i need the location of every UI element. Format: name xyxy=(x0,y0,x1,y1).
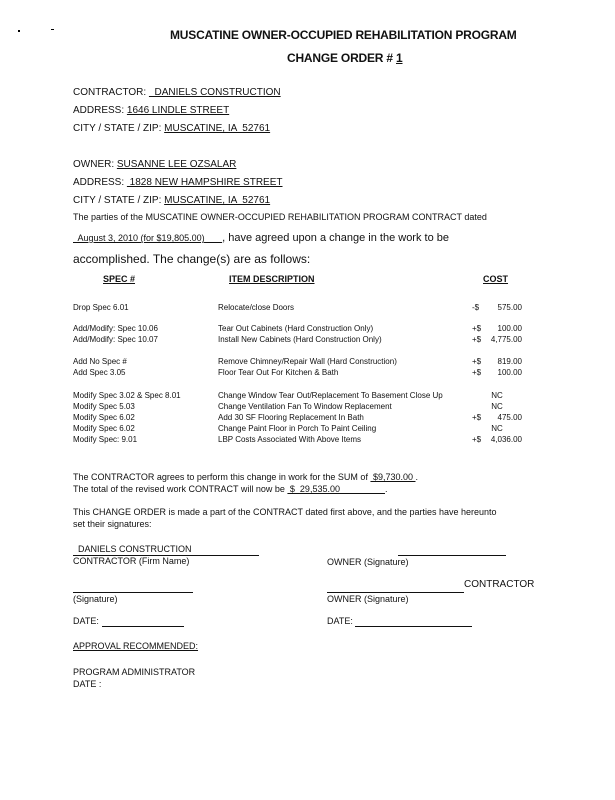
column-header-cost: COST xyxy=(483,274,508,284)
cost-amount: 819.00 xyxy=(486,357,522,366)
row-spec: Add/Modify: Spec 10.07 xyxy=(73,335,158,344)
program-administrator-label: PROGRAM ADMINISTRATOR xyxy=(73,667,195,677)
contract-date: August 3, 2010 (for $19,805.00) xyxy=(73,233,222,243)
row-description: Change Paint Floor in Porch To Paint Cei… xyxy=(218,424,376,433)
scan-mark xyxy=(51,29,54,30)
contractor-address-label: ADDRESS: xyxy=(73,105,124,116)
contractor-city-label: CITY / STATE / ZIP: xyxy=(73,123,161,134)
owner-signature-label-2: OWNER (Signature) xyxy=(327,594,409,604)
row-spec: Add Spec 3.05 xyxy=(73,368,125,377)
total-line: The total of the revised work CONTRACT w… xyxy=(73,484,388,494)
owner-signature-label-1: OWNER (Signature) xyxy=(327,557,409,567)
contractor-city-line: CITY / STATE / ZIP: MUSCATINE, IA 52761 xyxy=(73,123,270,134)
row-cost: -$575.00 xyxy=(472,303,522,312)
closing-line-1: This CHANGE ORDER is made a part of the … xyxy=(73,507,497,517)
cost-sign: +$ xyxy=(472,413,486,422)
contractor-name: DANIELS CONSTRUCTION xyxy=(149,87,281,98)
contractor-label: CONTRACTOR: xyxy=(73,87,146,98)
cost-amount: NC xyxy=(472,424,522,433)
intro-line-1: The parties of the MUSCATINE OWNER-OCCUP… xyxy=(73,212,487,222)
sum-line: The CONTRACTOR agrees to perform this ch… xyxy=(73,472,418,482)
row-description: Remove Chimney/Repair Wall (Hard Constru… xyxy=(218,357,397,366)
intro-line-2-suffix: , have agreed upon a change in the work … xyxy=(222,232,449,244)
row-spec: Drop Spec 6.01 xyxy=(73,303,129,312)
cost-amount: 575.00 xyxy=(486,303,522,312)
document-title: MUSCATINE OWNER-OCCUPIED REHABILITATION … xyxy=(170,28,517,42)
cost-sign: +$ xyxy=(472,435,486,444)
cost-sign: +$ xyxy=(472,324,486,333)
owner-address: 1828 NEW HAMPSHIRE STREET xyxy=(127,177,283,188)
row-cost: +$4,036.00 xyxy=(472,435,522,444)
intro-line-2: August 3, 2010 (for $19,805.00) , have a… xyxy=(73,232,449,244)
cost-sign: -$ xyxy=(472,303,486,312)
column-header-description: ITEM DESCRIPTION xyxy=(229,274,315,284)
cost-sign: +$ xyxy=(472,368,486,377)
contractor-address-line: ADDRESS: 1646 LINDLE STREET xyxy=(73,105,229,116)
contractor-line: CONTRACTOR: DANIELS CONSTRUCTION xyxy=(73,87,281,98)
contractor-firm-label: CONTRACTOR (Firm Name) xyxy=(73,556,189,566)
owner-city: MUSCATINE, IA 52761 xyxy=(164,195,270,206)
row-cost: +$4,775.00 xyxy=(472,335,522,344)
scan-mark xyxy=(18,30,20,32)
cost-amount: 475.00 xyxy=(486,413,522,422)
row-description: Relocate/close Doors xyxy=(218,303,294,312)
intro-line-3: accomplished. The change(s) are as follo… xyxy=(73,252,310,266)
contractor-address: 1646 LINDLE STREET xyxy=(127,105,229,116)
owner-signature-line-2[interactable] xyxy=(327,592,464,593)
contractor-firm-value: DANIELS CONSTRUCTION xyxy=(73,544,192,554)
owner-signature-line-1[interactable] xyxy=(398,555,506,556)
cost-amount: 4,036.00 xyxy=(486,435,522,444)
row-spec: Add/Modify: Spec 10.06 xyxy=(73,324,158,333)
row-description: Floor Tear Out For Kitchen & Bath xyxy=(218,368,338,377)
row-cost: +$819.00 xyxy=(472,357,522,366)
row-cost: +$100.00 xyxy=(472,324,522,333)
cost-amount: NC xyxy=(472,402,522,411)
owner-address-line: ADDRESS: 1828 NEW HAMPSHIRE STREET xyxy=(73,177,283,188)
sum-label: The CONTRACTOR agrees to perform this ch… xyxy=(73,472,370,482)
row-spec: Modify Spec 3.02 & Spec 8.01 xyxy=(73,391,181,400)
contractor-city: MUSCATINE, IA 52761 xyxy=(164,123,270,134)
change-order-heading: CHANGE ORDER # 1 xyxy=(287,51,403,65)
contractor-date-label: DATE: xyxy=(73,616,99,626)
cost-amount: NC xyxy=(472,391,522,400)
change-order-number: 1 xyxy=(396,51,402,65)
cost-amount: 100.00 xyxy=(486,324,522,333)
cost-amount: 4,775.00 xyxy=(486,335,522,344)
cost-sign: +$ xyxy=(472,357,486,366)
sum-value: $9,730.00 xyxy=(370,472,415,482)
owner-city-label: CITY / STATE / ZIP: xyxy=(73,195,161,206)
contractor-word: CONTRACTOR xyxy=(464,579,534,590)
owner-city-line: CITY / STATE / ZIP: MUSCATINE, IA 52761 xyxy=(73,195,270,206)
closing-line-2: set their signatures: xyxy=(73,519,152,529)
total-label: The total of the revised work CONTRACT w… xyxy=(73,484,287,494)
cost-amount: 100.00 xyxy=(486,368,522,377)
row-description: LBP Costs Associated With Above Items xyxy=(218,435,361,444)
row-spec: Modify Spec: 9.01 xyxy=(73,435,137,444)
owner-line: OWNER: SUSANNE LEE OZSALAR xyxy=(73,159,236,170)
change-order-label: CHANGE ORDER # xyxy=(287,51,396,65)
row-description: Change Window Tear Out/Replacement To Ba… xyxy=(218,391,443,400)
approval-date-label: DATE : xyxy=(73,679,101,689)
column-header-spec: SPEC # xyxy=(103,274,135,284)
contractor-date-line[interactable] xyxy=(102,626,184,627)
owner-date-label: DATE: xyxy=(327,616,353,626)
owner-name: SUSANNE LEE OZSALAR xyxy=(117,159,236,170)
row-description: Change Ventilation Fan To Window Replace… xyxy=(218,402,392,411)
approval-heading: APPROVAL RECOMMENDED: xyxy=(73,641,198,651)
row-description: Tear Out Cabinets (Hard Construction Onl… xyxy=(218,324,373,333)
row-cost: NC xyxy=(472,391,522,400)
row-cost: +$100.00 xyxy=(472,368,522,377)
row-spec: Modify Spec 6.02 xyxy=(73,424,135,433)
row-spec: Modify Spec 5.03 xyxy=(73,402,135,411)
total-suffix: . xyxy=(385,484,388,494)
row-cost: NC xyxy=(472,424,522,433)
owner-address-label: ADDRESS: xyxy=(73,177,124,188)
contractor-signature-line[interactable] xyxy=(73,592,193,593)
row-description: Add 30 SF Flooring Replacement In Bath xyxy=(218,413,364,422)
owner-label: OWNER: xyxy=(73,159,114,170)
row-spec: Modify Spec 6.02 xyxy=(73,413,135,422)
cost-sign: +$ xyxy=(472,335,486,344)
total-value: $ 29,535.00 xyxy=(287,484,385,494)
owner-date-line[interactable] xyxy=(355,626,472,627)
contractor-signature-label: (Signature) xyxy=(73,594,118,604)
sum-suffix: . xyxy=(416,472,419,482)
row-cost: NC xyxy=(472,402,522,411)
row-spec: Add No Spec # xyxy=(73,357,127,366)
row-description: Install New Cabinets (Hard Construction … xyxy=(218,335,382,344)
row-cost: +$475.00 xyxy=(472,413,522,422)
